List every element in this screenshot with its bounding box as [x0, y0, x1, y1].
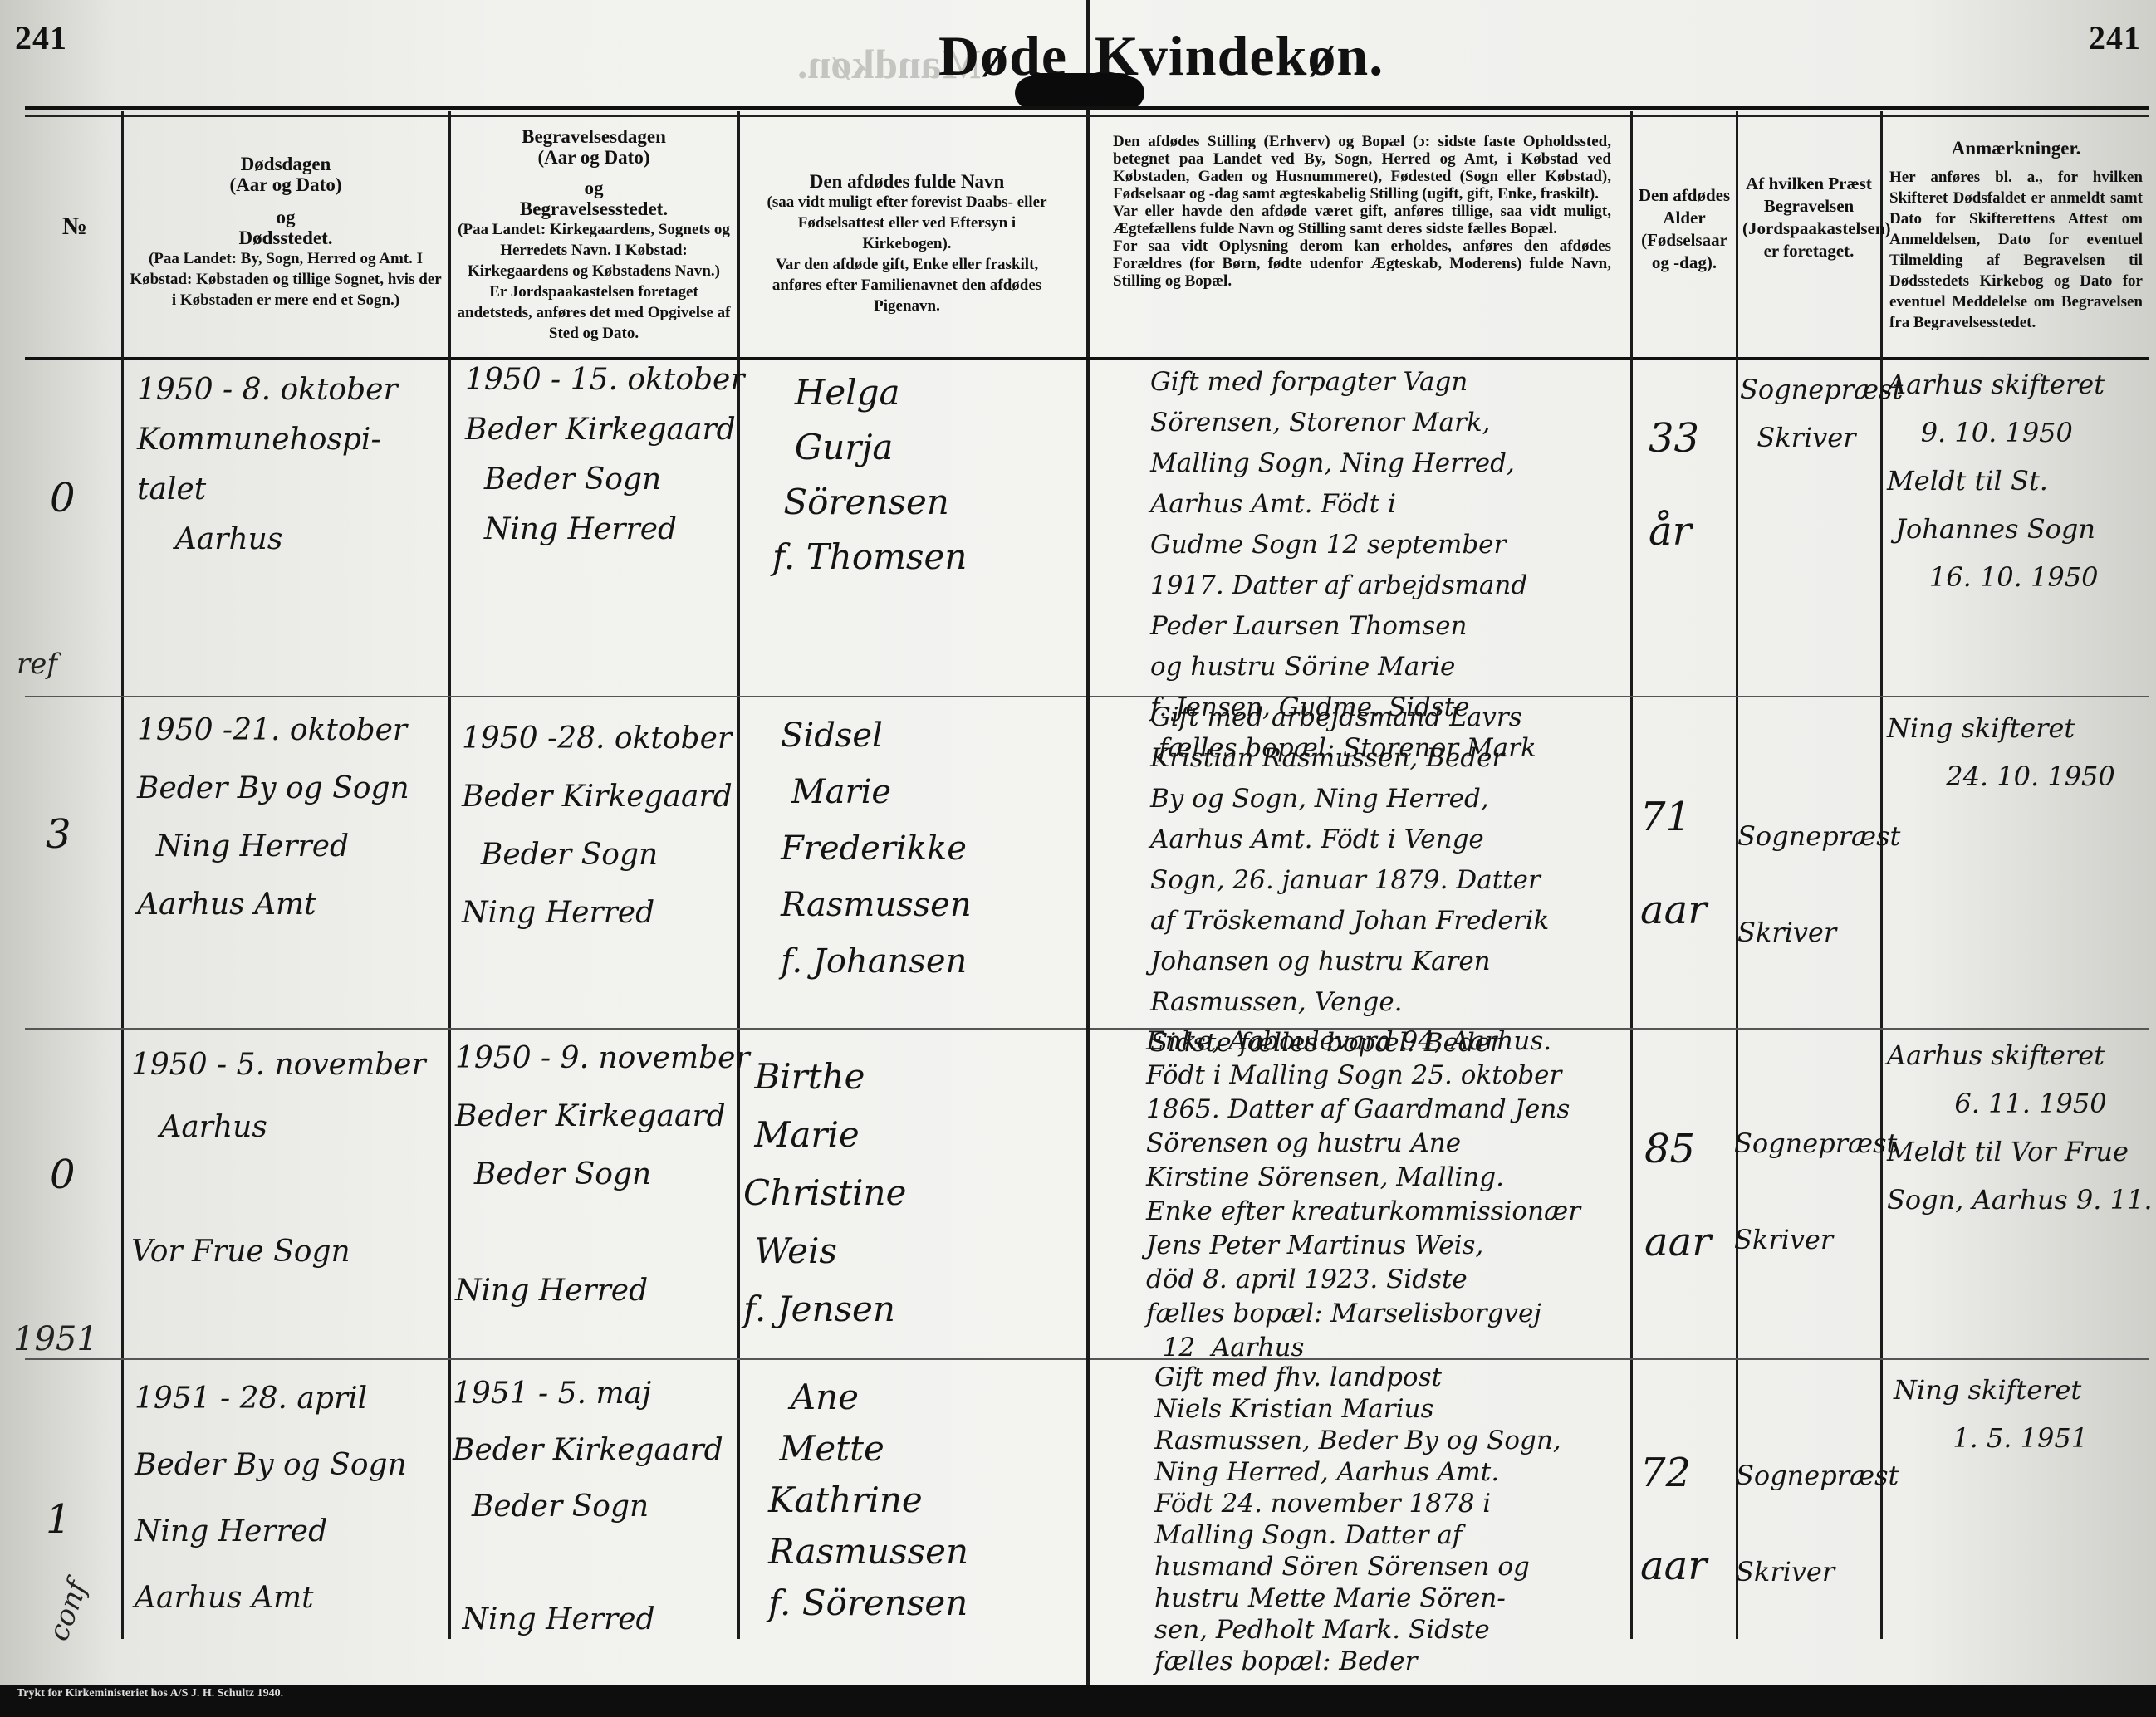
occupation-residence: Enke, Aaboulevard 94, Aarhus. Födt i Mal…: [1146, 1025, 1580, 1365]
binding-clip: [1022, 73, 1138, 110]
death-date-place: 1950 - 5. november Aarhus Vor Frue Sogn: [131, 1034, 426, 1283]
column-divider: [1630, 111, 1633, 1639]
column-divider: [121, 111, 124, 1639]
header-death-column: Dødsdagen (Aar og Dato) og Dødsstedet. (…: [130, 154, 442, 311]
header-name-column: Den afdødes fulde Navn (saa vidt muligt …: [766, 171, 1048, 316]
age: 72 aar: [1640, 1403, 1707, 1589]
remarks: Aarhus skifteret 9. 10. 1950 Meldt til S…: [1887, 360, 2105, 601]
death-date-place: 1951 - 28. april Beder By og Sogn Ning H…: [135, 1366, 407, 1631]
header-burial-column: Begravelsesdagen (Aar og Dato) og Begrav…: [455, 126, 733, 344]
header-remarks-column: Anmærkninger. Her anføres bl. a., for hv…: [1889, 138, 2143, 333]
ledger-page: 241 241 Mandkøn. Døde Kvindekøn. № Dødsd…: [0, 0, 2156, 1685]
priest: Sognepræst Skriver: [1736, 1403, 1899, 1596]
entry-number: 3: [46, 810, 71, 859]
header-occupation-p1: Den afdødes Stilling (Erhverv) og Bopæl …: [1113, 133, 1611, 203]
header-burial-title: Begravelsesdagen: [455, 126, 733, 147]
row-divider: [25, 1358, 1086, 1360]
priest: Sognepræst Skriver: [1734, 1071, 1897, 1264]
entry-number: 0: [50, 473, 76, 523]
header-burial-note2: Er Jordspaakastelsen foretaget andetsted…: [455, 281, 733, 344]
column-divider: [737, 111, 740, 1639]
death-date-place: 1950 -21. oktober Beder By og Sogn Ning …: [137, 702, 409, 934]
top-rule: [25, 106, 2149, 117]
burial-date-place: 1950 -28. oktober Beder Kirkegaard Beder…: [462, 710, 733, 942]
header-death-sub: (Aar og Dato): [130, 174, 442, 195]
header-burial-og: og: [455, 178, 733, 198]
burial-date-place: 1950 - 9. november Beder Kirkegaard Bede…: [455, 1030, 750, 1320]
header-burial-note: (Paa Landet: Kirkegaardens, Sognets og H…: [455, 219, 733, 281]
header-rule: [25, 357, 2149, 360]
age: 71 aar: [1640, 747, 1707, 933]
deceased-name: Birthe Marie Christine Weis f. Jensen: [743, 1048, 906, 1338]
header-remarks-title: Anmærkninger.: [1889, 138, 2143, 159]
burial-date-place: 1951 - 5. maj Beder Kirkegaard Beder Sog…: [453, 1366, 723, 1648]
book-spine: [1086, 0, 1090, 1685]
header-remarks-note: Her anføres bl. a., for hvilken Skiftere…: [1889, 167, 2143, 333]
row-divider: [25, 696, 1086, 697]
age: 33 år: [1649, 415, 1699, 555]
remarks: Ning skifteret 24. 10. 1950: [1887, 704, 2115, 800]
occupation-residence: Gift med arbejdsmand Lavrs Kristian Rasm…: [1150, 697, 1549, 1064]
deceased-name: Sidsel Marie Frederikke Rasmussen f. Joh…: [781, 707, 972, 990]
remarks: Aarhus skifteret 6. 11. 1950 Meldt til V…: [1887, 1031, 2156, 1224]
header-burial-sub: (Aar og Dato): [455, 147, 733, 168]
entry-number: 0: [50, 1150, 76, 1200]
header-occupation-p3: For saa vidt Oplysning derom kan erholde…: [1113, 237, 1611, 290]
page-number-right: 241: [2089, 18, 2141, 57]
burial-date-place: 1950 - 15. oktober Beder Kirkegaard Bede…: [465, 355, 745, 555]
margin-note: conf: [42, 1576, 95, 1645]
header-name-title: Den afdødes fulde Navn: [766, 171, 1048, 192]
header-age: Den afdødes Alder (Fødselsaar og -dag).: [1636, 184, 1732, 274]
column-divider: [448, 111, 451, 1639]
header-death-og: og: [130, 207, 442, 227]
header-name-note: (saa vidt muligt efter forevist Daabs- e…: [766, 192, 1048, 254]
header-death-title: Dødsdagen: [130, 154, 442, 174]
header-death-title2: Dødsstedet.: [130, 227, 442, 248]
header-priest: Af hvilken Præst Begravelsen (Jordspaaka…: [1742, 173, 1875, 262]
margin-note: ref: [17, 648, 57, 681]
header-occupation-p2: Var eller havde den afdøde været gift, a…: [1113, 203, 1611, 237]
deceased-name: Ane Mette Kathrine Rasmussen f. Sörensen: [768, 1372, 968, 1629]
entry-number: 1: [46, 1494, 71, 1544]
page-number-left: 241: [15, 18, 67, 57]
remarks: Ning skifteret 1. 5. 1951: [1894, 1366, 2088, 1462]
deceased-name: Helga Gurja Sörensen f. Thomsen: [772, 365, 967, 585]
header-death-note: (Paa Landet: By, Sogn, Herred og Amt. I …: [130, 248, 442, 311]
priest: Sognepræst Skriver: [1740, 365, 1903, 462]
priest: Sognepræst Skriver: [1737, 764, 1900, 956]
age: 85 aar: [1644, 1079, 1711, 1265]
printer-imprint: Trykt for Kirkeministeriet hos A/S J. H.…: [17, 1687, 283, 1700]
occupation-residence: Gift med fhv. landpost Niels Kristian Ma…: [1154, 1362, 1561, 1677]
header-occupation-column: Den afdødes Stilling (Erhverv) og Bopæl …: [1113, 133, 1611, 290]
header-burial-title2: Begravelsesstedet.: [455, 198, 733, 219]
death-date-place: 1950 - 8. oktober Kommunehospi- talet Aa…: [137, 365, 398, 565]
margin-note-year: 1951: [13, 1320, 98, 1358]
header-number: №: [33, 216, 116, 237]
scan-edge-shadow: [0, 1685, 2156, 1717]
header-name-note2: Var den afdøde gift, Enke eller fraskilt…: [766, 254, 1048, 316]
page-title-right: Kvindekøn.: [1095, 23, 1384, 89]
